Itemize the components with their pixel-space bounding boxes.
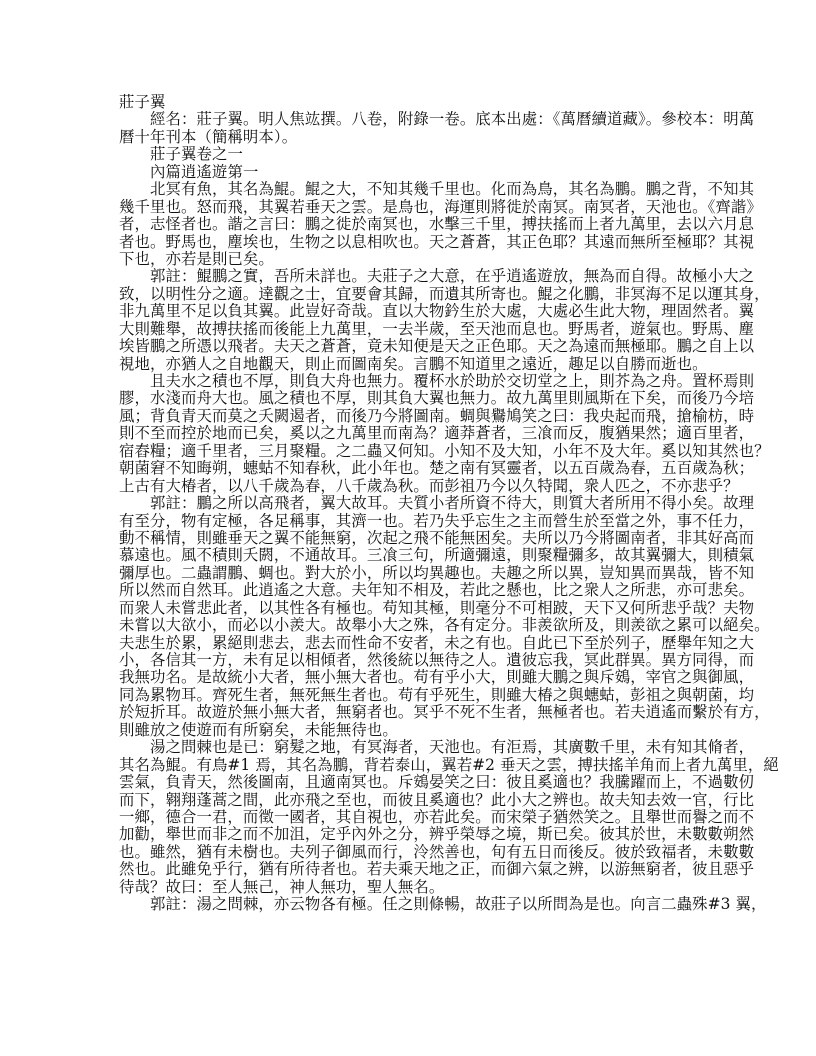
text-line: 彌厚也。二蟲謂鵬、蜩也。對大於小，所以均異趣也。夫趣之所以異，豈知異而異哉，皆不… [119,565,709,582]
text-line: 郭註：鯤鵬之實，吾所未詳也。夫莊子之大意，在乎逍遙遊放，無為而自得。故極小大之 [119,268,709,285]
text-line: 湯之問棘也是已：窮髮之地，有冥海者，天池也。有洰焉，其廣數千里，未有知其脩者， [119,739,709,756]
paragraph-commentary: 郭註：鵬之所以高飛者，翼大故耳。夫質小者所資不待大，則質大者所用不得小矣。故理有… [119,495,709,739]
text-line: 宿舂糧；適千里者，三月聚糧。之二蟲又何知。小知不及大知，小年不及大年。奚以知其然… [119,443,709,460]
text-line: 朝菌窘不知晦朔，蟪蛄不知春秋，此小年也。楚之南有冥靈者，以五百歲為春，五百歲為秋… [119,460,709,477]
text-line: 且夫水之積也不厚，則負大舟也無力。覆杯水於助於交切堂之上，則芥為之舟。置杯焉則 [119,373,709,390]
text-line: 未嘗以大欲小，而必以小羨大。故舉小大之殊，各有定分。非羨欲所及，則羨欲之累可以絕… [119,617,709,634]
paragraph-main-text: 湯之問棘也是已：窮髮之地，有冥海者，天池也。有洰焉，其廣數千里，未有知其脩者，其… [119,739,709,896]
text-line: 視地，亦猶人之自地觀天，則止而圖南矣。言鵬不知道里之遠近，趣足以自勝而逝也。 [119,356,709,373]
text-line: 而下，翱翔蓬蒿之間，此亦飛之至也，而彼且奚適也？此小大之辨也。故夫知去效一官，行… [119,792,709,809]
text-line: 北冥有魚，其名為鯤。鯤之大，不知其幾千里也。化而為鳥，其名為鵬。鵬之背，不知其 [119,181,709,198]
paragraph-scripture-info: 經名：莊子翼。明人焦竑撰。八卷，附錄一卷。底本出處：《萬曆續道藏》。參校本：明萬… [119,111,709,146]
text-line: 則不至而控於地而已矣，奚以之九萬里而南為？適莽蒼者，三飡而反，腹猶果然；適百里者… [119,425,709,442]
text-line: 大則難舉，故搏扶搖而後能上九萬里，一去半歲，至天池而息也。野馬者，遊氣也。野馬、… [119,321,709,338]
text-line: 動不稱情，則雖垂天之翼不能無窮，次起之飛不能無困矣。夫所以乃今將圖南者，非其好高… [119,530,709,547]
paragraph-main-text: 北冥有魚，其名為鯤。鯤之大，不知其幾千里也。化而為鳥，其名為鵬。鵬之背，不知其幾… [119,181,709,268]
paragraph-commentary: 郭註：湯之問棘，亦云物各有極。任之則條暢，故莊子以所問為是也。向言二蟲殊#3 翼… [119,896,709,913]
text-line: 致，以明性分之適。達觀之士，宜要會其歸，而遺其所寄也。鯤之化鵬，非冥海不足以運其… [119,286,709,303]
text-line: 而衆人未嘗悲此者，以其性各有極也。苟知其極，則毫分不可相跛，天下又何所悲乎哉？夫… [119,600,709,617]
text-line: 曆十年刊本（簡稱明本）。 [119,129,709,146]
text-line: 內篇逍遙遊第一 [119,164,709,181]
text-line: 非九萬里不足以負其翼。此豈好奇哉。直以大物鈐生於大處，大處必生此大物，理固然者。… [119,303,709,320]
paragraph-volume-heading: 莊子翼卷之一 [119,146,709,163]
text-line: 上古有大椿者，以八千歲為春，八千歲為秋。而彭祖乃今以久特聞，衆人匹之，不亦悲乎？ [119,478,709,495]
text-line: 也。雖然，猶有未樹也。夫列子御風而行，泠然善也，旬有五日而後反。彼於致福者，未數… [119,844,709,861]
paragraph-chapter-heading: 內篇逍遙遊第一 [119,164,709,181]
text-line: 然也。此雖免乎行，猶有所待者也。若夫乘天地之正，而御六氣之辨，以游無窮者，彼且惡… [119,861,709,878]
text-line: 幾千里也。怒而飛，其翼若垂天之雲。是鳥也，海運則將徙於南冥。南冥者，天池也。《齊… [119,199,709,216]
text-line: 慕遠也。風不積則夭閼，不通故耳。三飡三句，所適彌遠，則聚糧彌多，故其翼彌大，則積… [119,547,709,564]
text-line: 所以然而自然耳。此逍遙之大意。夫年知不相及，若此之懸也，比之衆人之所悲，亦可悲矣… [119,582,709,599]
text-line: 莊子翼卷之一 [119,146,709,163]
text-line: 者也。野馬也，塵埃也，生物之以息相吹也。天之蒼蒼，其正色耶？其遠而無所至極耶？其… [119,234,709,251]
text-line: 則雖放之使遊而有所窮矣，未能無待也。 [119,722,709,739]
paragraph-commentary: 郭註：鯤鵬之實，吾所未詳也。夫莊子之大意，在乎逍遙遊放，無為而自得。故極小大之致… [119,268,709,373]
text-line: 雲氣，負青天，然後圖南，且適南冥也。斥鴳晏笑之曰：彼且奚適也？我騰躍而上，不過數… [119,774,709,791]
text-line: 待哉？故曰：至人無己，神人無功，聖人無名。 [119,879,709,896]
text-line: 同為累物耳。齊死生者，無死無生者也。苟有乎死生，則雖大椿之與蟪蛄，彭祖之與朝菌，… [119,687,709,704]
text-line: 加勸，舉世而非之而不加沮，定乎內外之分，辨乎榮辱之境，斯已矣。彼其於世，未數數朔… [119,826,709,843]
paragraph-main-text: 且夫水之積也不厚，則負大舟也無力。覆杯水於助於交切堂之上，則芥為之舟。置杯焉則膠… [119,373,709,495]
text-line: 夫悲生於累，累絕則悲去，悲去而性命不安者，未之有也。自此已下至於列子，歷舉年知之… [119,635,709,652]
text-line: 我無功名。是故統小大者，無小無大者也。苟有乎小大，則雖大鵬之與斥鴳，宰官之與御風… [119,669,709,686]
text-line: 經名：莊子翼。明人焦竑撰。八卷，附錄一卷。底本出處：《萬曆續道藏》。參校本：明萬 [119,111,709,128]
text-line: 郭註：鵬之所以高飛者，翼大故耳。夫質小者所資不待大，則質大者所用不得小矣。故理 [119,495,709,512]
text-line: 小，各信其一方，未有足以相傾者，然後統以無待之人。遺彼忘我，冥此群異。異方同得，… [119,652,709,669]
text-line: 一鄉，德合一君，而徵一國者，其自視也，亦若此矣。而宋榮子猶然笑之。且舉世而譽之而… [119,809,709,826]
text-line: 於短折耳。故遊於無小無大者，無窮者也。冥乎不死不生者，無極者也。若夫逍遙而繫於有… [119,704,709,721]
text-line: 郭註：湯之問棘，亦云物各有極。任之則條暢，故莊子以所問為是也。向言二蟲殊#3 翼… [119,896,709,913]
document-title: 莊子翼 [119,94,709,111]
text-line: 埃皆鵬之所憑以飛者。夫天之蒼蒼，竟未知便是天之正色耶。天之為遠而無極耶。鵬之自上… [119,338,709,355]
text-line: 下也，亦若是則已矣。 [119,251,709,268]
text-line: 風；背負青天而莫之夭闕遏者，而後乃今將圖南。蜩與鸒鳩笑之曰：我央起而飛，搶榆枋，… [119,408,709,425]
document-page: 莊子翼 經名：莊子翼。明人焦竑撰。八卷，附錄一卷。底本出處：《萬曆續道藏》。參校… [119,94,709,914]
text-line: 有至分，物有定極，各足稱事，其濟一也。若乃失乎忘生之主而營生於至當之外，事不任力… [119,513,709,530]
text-line: 其名為鯤。有鳥#1 焉，其名為鵬，背若泰山，翼若#2 垂天之雲，搏扶搖羊角而上者… [119,757,709,774]
text-line: 者，志怪者也。諧之言曰：鵬之徙於南冥也，水擊三千里，搏扶搖而上者九萬里，去以六月… [119,216,709,233]
text-line: 膠，水淺而舟大也。風之積也不厚，則其負大翼也無力。故九萬里則風斯在下矣，而後乃今… [119,390,709,407]
